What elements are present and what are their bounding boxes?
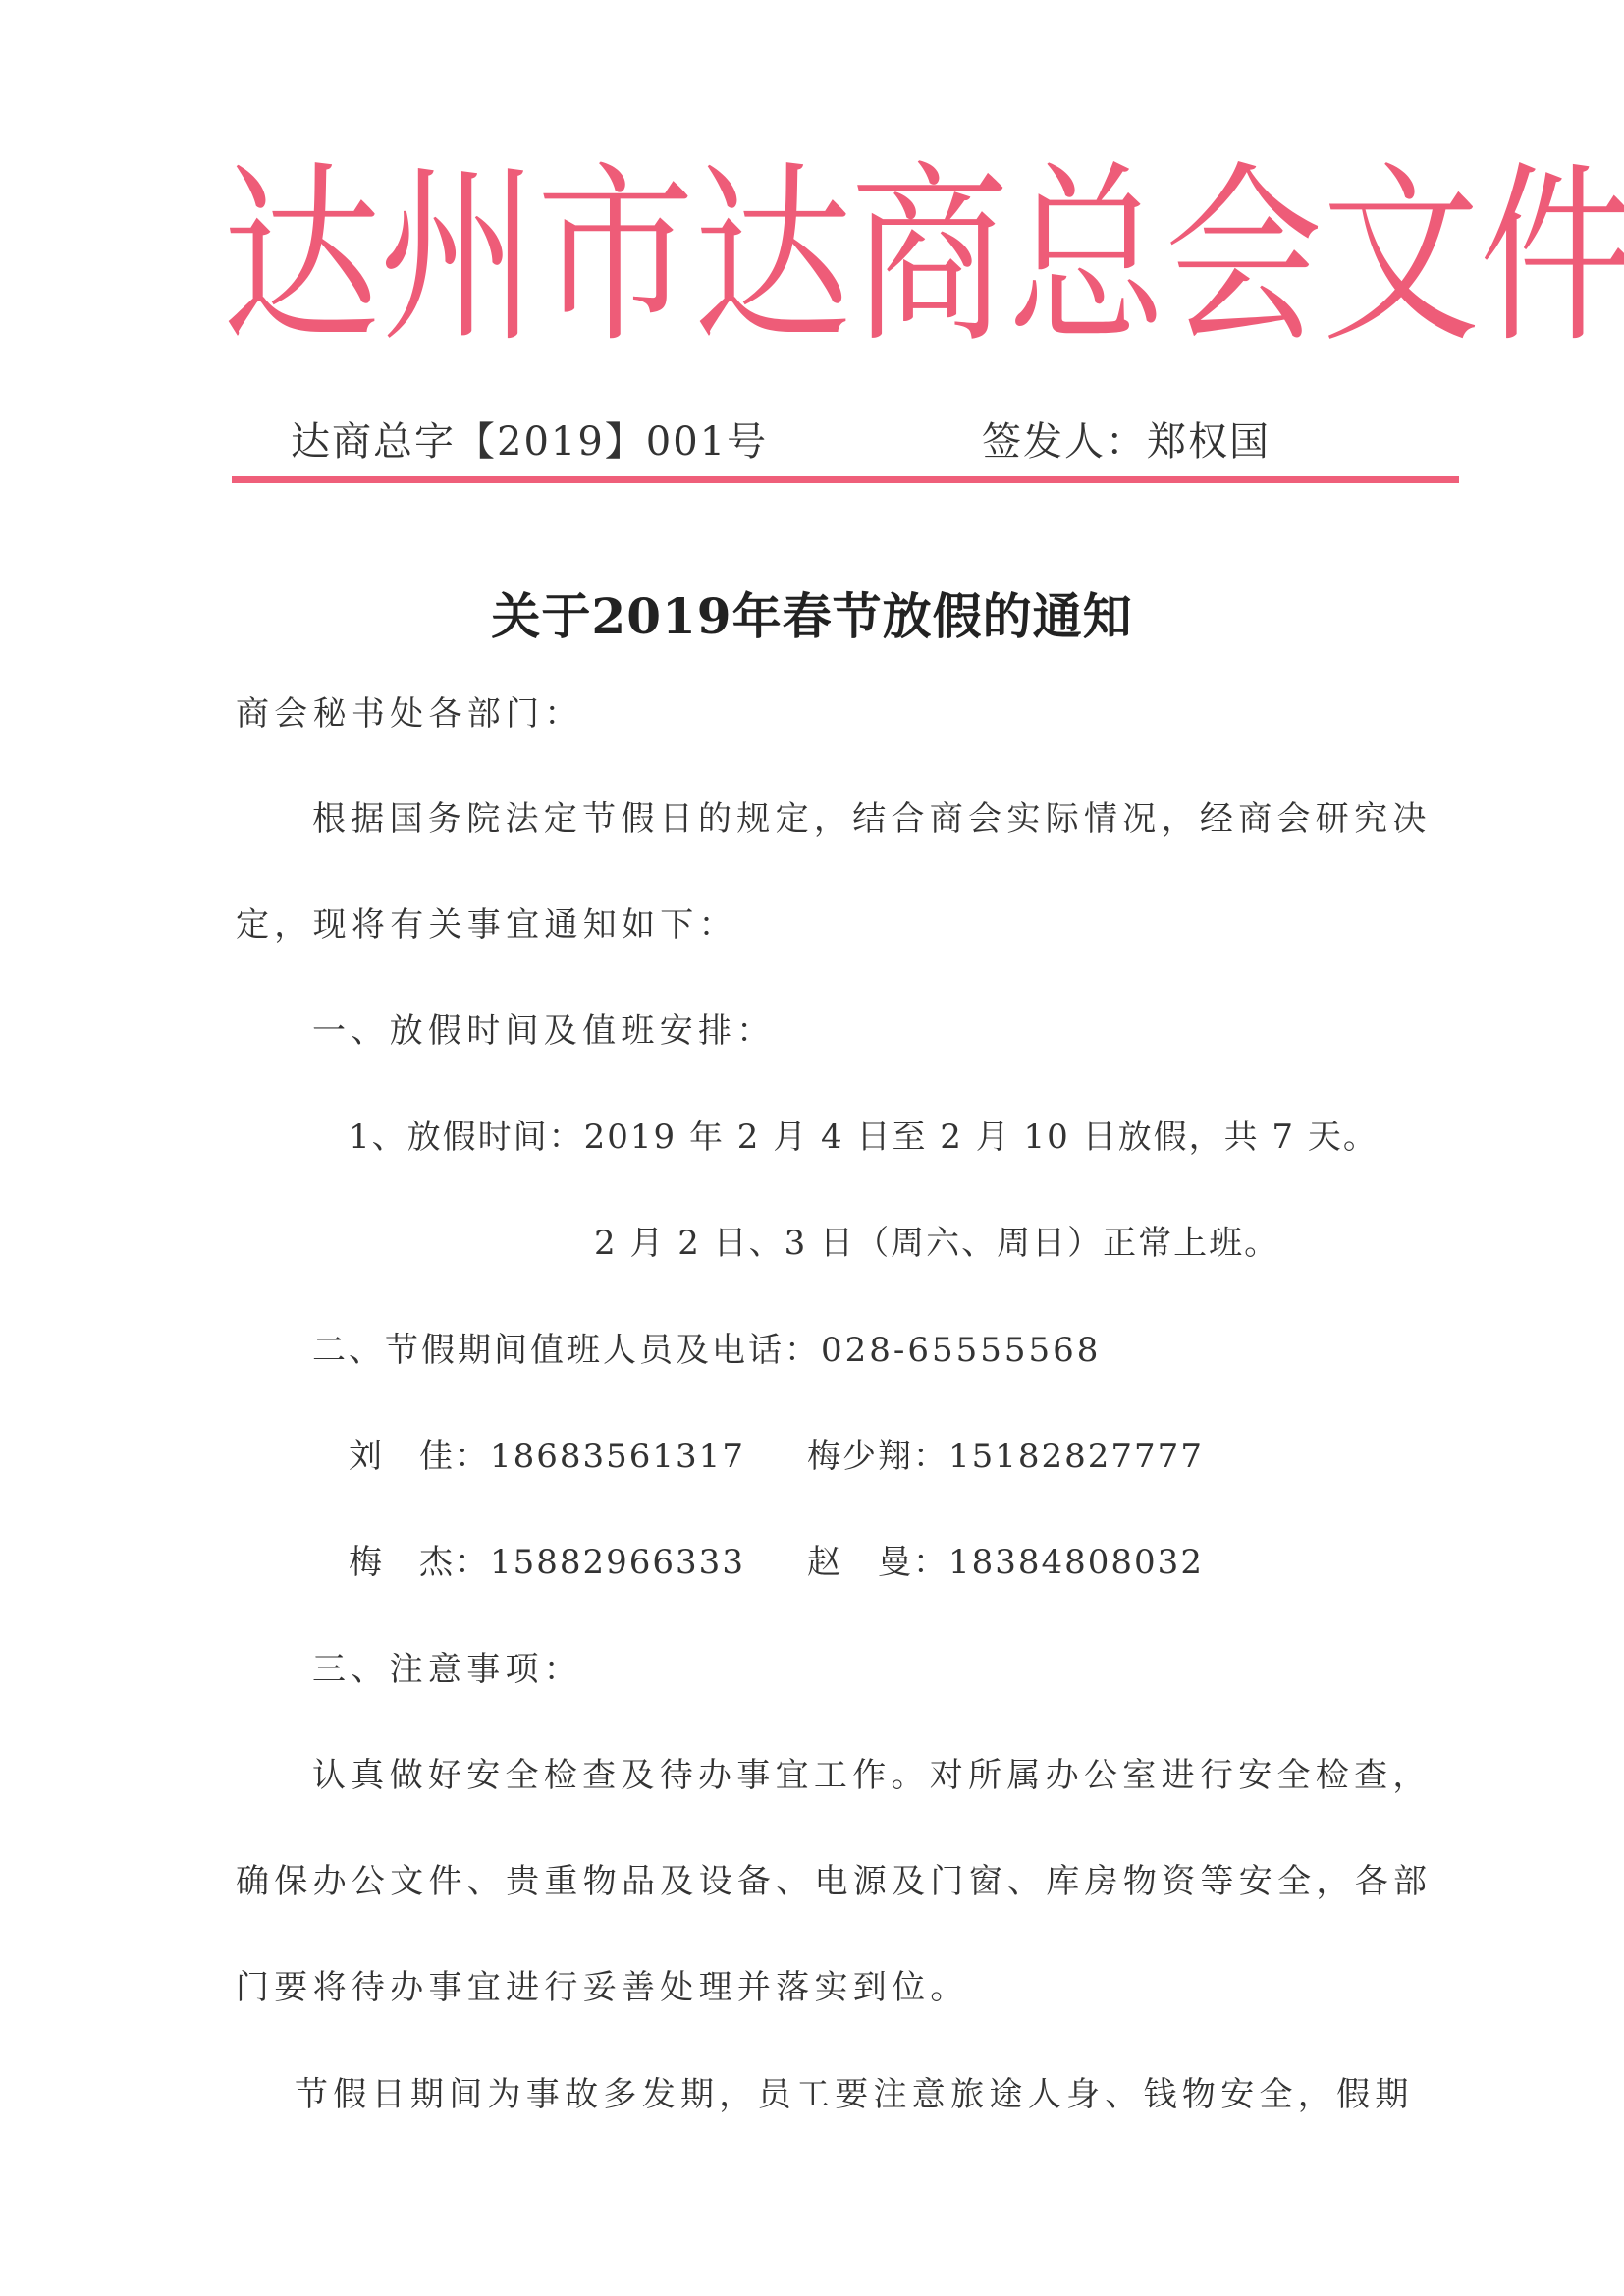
masthead-char: 件	[1479, 149, 1607, 365]
precautions-line-2: 确保办公文件、贵重物品及设备、电源及门窗、库房物资等安全，各部	[236, 1862, 1432, 1901]
masthead-char: 文	[1322, 149, 1450, 365]
intro-line-2: 定，现将有关事宜通知如下：	[236, 905, 737, 945]
makeup-workdays: 2 月 2 日、3 日（周六、周日）正常上班。	[594, 1224, 1279, 1263]
masthead-char: 州	[379, 149, 508, 365]
staff-name: 赵 曼	[807, 1543, 913, 1582]
masthead-char: 达	[222, 149, 351, 365]
issuer-label: 签发人：	[982, 419, 1147, 465]
staff-phone: 15882966333	[490, 1543, 745, 1582]
issuer: 签发人：郑权国	[982, 417, 1271, 466]
masthead-char: 达	[693, 149, 822, 365]
safety-line-1: 节假日期间为事故多发期，员工要注意旅途人身、钱物安全，假期	[295, 2075, 1414, 2114]
masthead-char: 会	[1164, 149, 1293, 365]
notice-title: 关于2019年春节放假的通知	[0, 585, 1624, 648]
section-2-heading: 二、节假期间值班人员及电话：028-65555568	[312, 1331, 1101, 1370]
red-divider	[232, 476, 1459, 483]
masthead-char: 总	[1007, 149, 1136, 365]
duty-staff-entry: 梅 杰：15882966333	[349, 1543, 745, 1582]
precautions-line-1: 认真做好安全检查及待办事宜工作。对所属办公室进行安全检查，	[312, 1756, 1432, 1795]
staff-phone: 18384808032	[948, 1543, 1204, 1582]
masthead-char: 市	[536, 149, 665, 365]
staff-phone: 18683561317	[490, 1437, 745, 1476]
section-3-heading: 三、注意事项：	[312, 1650, 582, 1689]
duty-staff-entry: 梅少翔：15182827777	[807, 1437, 1204, 1476]
masthead-char: 商	[850, 149, 979, 365]
duty-staff-entry: 刘 佳：18683561317	[349, 1437, 745, 1476]
intro-line-1: 根据国务院法定节假日的规定，结合商会实际情况，经商会研究决	[312, 799, 1432, 839]
section-1-heading: 一、放假时间及值班安排：	[312, 1011, 776, 1051]
document-number: 达商总字【2019】001号	[291, 417, 768, 466]
staff-name: 刘 佳	[349, 1437, 455, 1476]
masthead-title: 达 州 市 达 商 总 会 文 件	[208, 149, 1485, 365]
holiday-dates: 1、放假时间：2019 年 2 月 4 日至 2 月 10 日放假，共 7 天。	[349, 1118, 1379, 1157]
duty-staff-entry: 赵 曼：18384808032	[807, 1543, 1204, 1582]
precautions-line-3: 门要将待办事宜进行妥善处理并落实到位。	[236, 1968, 969, 2007]
staff-phone: 15182827777	[948, 1437, 1204, 1476]
issuer-name: 郑权国	[1147, 419, 1271, 465]
salutation: 商会秘书处各部门：	[236, 694, 583, 734]
staff-name: 梅 杰	[349, 1543, 455, 1582]
staff-name: 梅少翔	[807, 1437, 913, 1476]
